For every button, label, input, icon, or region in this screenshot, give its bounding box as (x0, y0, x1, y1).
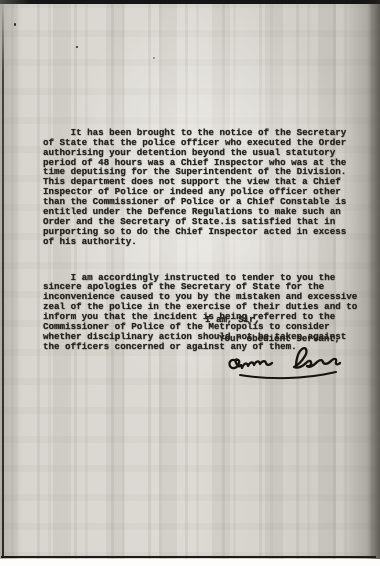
page-border-bottom (1, 556, 376, 558)
scanned-letter-page: It has been brought to the notice of the… (0, 0, 380, 566)
letter-closing: Your obedient servant, (219, 334, 340, 344)
signature-scrawl-icon (220, 345, 358, 382)
letter-paragraph-1: It has been brought to the notice of the… (43, 128, 375, 247)
scan-speck (14, 23, 16, 26)
page-border-left (2, 4, 4, 557)
page-border-top (0, 0, 380, 4)
scan-speck (153, 57, 155, 59)
letter-salutation: I am, Sir, (205, 315, 260, 325)
scan-speck (76, 46, 78, 48)
